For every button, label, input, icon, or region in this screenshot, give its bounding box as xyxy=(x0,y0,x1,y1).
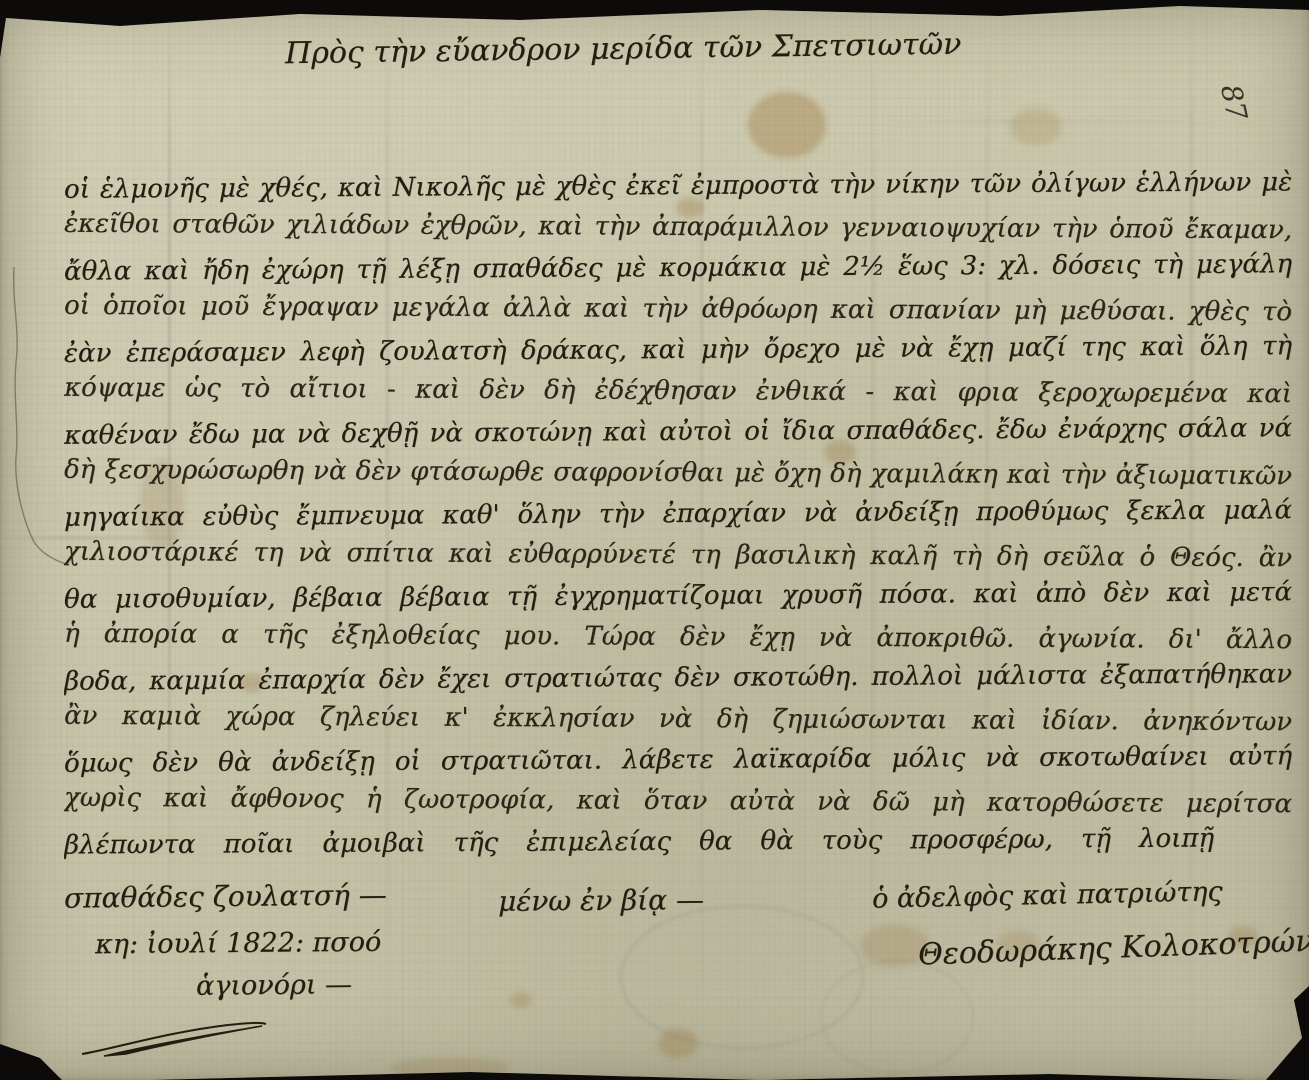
closing-left: σπαθάδες ζουλατσή — xyxy=(64,878,387,914)
dateline: κη: ἰουλί 1822: πσοό xyxy=(95,927,381,960)
place-line: ἁγιονόρι — xyxy=(196,969,352,1002)
letter-body: οἱ ἑλμονῆς μὲ χθές, καὶ Νικολῆς μὲ χθὲς … xyxy=(0,0,1309,1080)
closing-valediction: μένω ἐν βίᾳ — xyxy=(498,883,704,917)
letter-paper: Πρὸς τὴν εὔανδρον μερίδα τῶν Σπετσιωτῶν … xyxy=(0,0,1309,1080)
scanned-letter: Πρὸς τὴν εὔανδρον μερίδα τῶν Σπετσιωτῶν … xyxy=(0,0,1309,1080)
pen-flourish xyxy=(78,1012,288,1062)
body-line: βλέπωντα ποῖαι ἀμοιβαὶ τῆς ἐπιμελείας θα… xyxy=(64,818,1214,867)
